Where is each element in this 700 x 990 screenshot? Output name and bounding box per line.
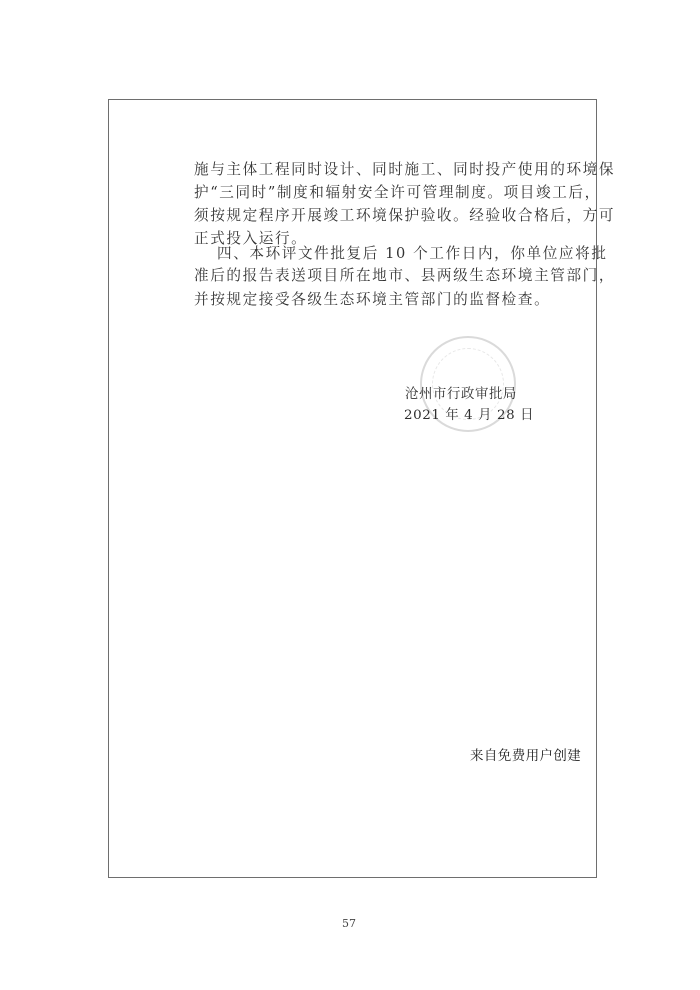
page-number: 57 (342, 918, 356, 930)
issue-date: 2021 年 4 月 28 日 (404, 408, 534, 424)
issuing-organization: 沧州市行政审批局 (405, 387, 517, 403)
free-user-watermark: 来自免费用户创建 (470, 747, 581, 765)
paragraph-3-line-3: 须按规定程序开展竣工环境保护验收。经验收合格后，方可 (194, 207, 615, 225)
paragraph-4-line-3: 并按规定接受各级生态环境主管部门的监督检查。 (194, 291, 550, 309)
paragraph-3-line-1: 施与主体工程同时设计、同时施工、同时投产使用的环境保 (194, 161, 615, 179)
paragraph-3-line-2: 护“三同时”制度和辐射安全许可管理制度。项目竣工后， (194, 184, 601, 202)
paragraph-4-line-2: 准后的报告表送项目所在地市、县两级生态环境主管部门， (194, 267, 615, 285)
paragraph-4-line-1: 四、本环评文件批复后 10 个工作日内，你单位应将批 (217, 245, 608, 263)
